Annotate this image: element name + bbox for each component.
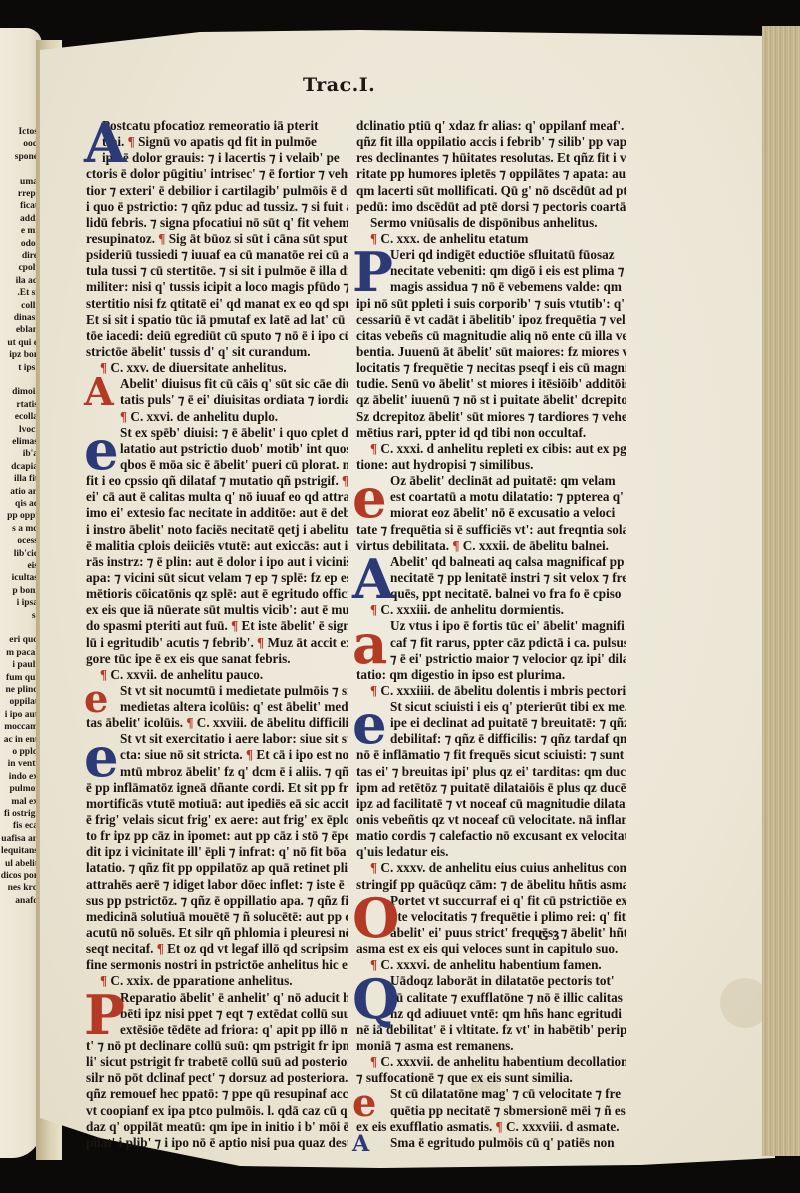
chapter-heading: ¶ C. xxvi. de anhelitu duplo. bbox=[86, 409, 348, 425]
left-page-text-fragment: odo. bbox=[0, 238, 38, 250]
chapter-heading: ¶ C. xxxiiii. de ābelitu dolentis i mbri… bbox=[356, 683, 626, 699]
decorated-initial-e: e bbox=[84, 681, 108, 719]
left-page-text-fragment: ib'a bbox=[0, 448, 38, 460]
left-page-text-fragment: i ipo aut bbox=[0, 709, 38, 721]
chapter-heading: ¶ C. xxxiii. de anhelitu dormientis. bbox=[356, 602, 626, 618]
text-line: nō ē inflāmatio ⁊ fit frequēs sicut sciu… bbox=[356, 747, 626, 763]
text-line: fine sermonis nostri in pstrictōe anheli… bbox=[86, 957, 348, 973]
chapter-heading: ¶ C. xxxv. de anhelitu eius cuius anheli… bbox=[356, 860, 626, 876]
left-page-text-fragment: in venti bbox=[0, 758, 38, 770]
left-page-text-fragment: p boni bbox=[0, 585, 38, 597]
text-line: St cū dilatatōne mag' ⁊ cū velocitate ⁊ … bbox=[356, 1086, 626, 1102]
left-page-text-fragment: dicos por bbox=[0, 870, 38, 882]
text-line: ipi nō sūt ppleti i suis corporib' ⁊ sui… bbox=[356, 296, 626, 312]
text-line: ritate pp humores ipletēs ⁊ oppilātes ⁊ … bbox=[356, 166, 626, 182]
left-page-text-fragment: lvoci bbox=[0, 424, 38, 436]
text-line: vt coopianf ex ipa ptco pulmōis. l. qdā … bbox=[86, 1103, 348, 1119]
text-line: ipm ad retētōz ⁊ puitatē dilataiōis ē pl… bbox=[356, 780, 626, 796]
text-line: qz ābelit' iuuenū ⁊ nō st i puitate ābel… bbox=[356, 392, 626, 408]
text-line: gore tūc ipe ē ex eis que sanat febris. bbox=[86, 651, 348, 667]
left-page-text-fragment: ac in ent bbox=[0, 734, 38, 746]
left-page-text-fragment: ficat bbox=[0, 200, 38, 212]
text-line: pedū: imo dscēdūt ad ptē dorsi ⁊ pectori… bbox=[356, 199, 626, 215]
text-line: lidū febris. ⁊ signa pfocatiui nō sūt q'… bbox=[86, 215, 348, 231]
text-line: strictōe ābelit' tussis d' q' sit curand… bbox=[86, 344, 348, 360]
text-line: dit ipz i vicinitate ill' ēpli ⁊ infrat:… bbox=[86, 844, 348, 860]
text-line: St ex spēb' diuisi: ⁊ ē ābelit' i quo cp… bbox=[86, 425, 348, 441]
text-line: tas ei' ⁊ breuitas ipi' plus qz ei' tard… bbox=[356, 764, 626, 780]
left-page-text-fragment: spone bbox=[0, 151, 38, 163]
left-page-text-fragment: s. bbox=[0, 610, 38, 622]
text-line: tate ⁊ frequētia si ē sufficiēs vt': aut… bbox=[356, 522, 626, 538]
left-page-text-fragment: icultas bbox=[0, 572, 38, 584]
text-line: Sma ē egritudo pulmōis cū q' patiēs non bbox=[356, 1135, 626, 1151]
left-page-text-fragment: addi bbox=[0, 213, 38, 225]
text-line: militer: nisi q' tussis icipit a loco ma… bbox=[86, 279, 348, 295]
left-page-text-fragment: e mi bbox=[0, 225, 38, 237]
decorated-initial-e: e bbox=[84, 423, 119, 477]
text-line: cta: siue nō sit stricta. ¶ Et cā i ipo … bbox=[86, 747, 348, 763]
left-page-text-fragment: dcapia bbox=[0, 461, 38, 473]
left-page-text-fragment: mal ex bbox=[0, 796, 38, 808]
left-page-text-fragment: ne plino bbox=[0, 684, 38, 696]
text-line: silr nō pōt dclinaf pect' ⁊ dorsuz ad po… bbox=[86, 1070, 348, 1086]
decorated-initial-o: O bbox=[352, 891, 399, 945]
text-line: q'uis ledatur eis. bbox=[356, 844, 626, 860]
text-line: Ueri qd indigēt eductiōe sfluitatū fūosa… bbox=[356, 247, 626, 263]
left-page-text-fragment: uma bbox=[0, 176, 38, 188]
left-page-text-fragment: ila ad bbox=[0, 275, 38, 287]
text-line: citas vebeñs cū magnitudie aliq nō ente … bbox=[356, 328, 626, 344]
decorated-initial-e: e bbox=[352, 471, 387, 525]
text-line: tior ⁊ exteri' ē debilior i cartilagib' … bbox=[86, 183, 348, 199]
text-line: necitate vebeniti: qm digō i eis est pli… bbox=[356, 263, 626, 279]
text-line: mtū mbroz ābelit' fz q' dcm ē i aliis. ⁊… bbox=[86, 764, 348, 780]
text-line: caf ⁊ fit rarus, ppter cāz pdictā i ca. … bbox=[356, 635, 626, 651]
chapter-heading: ¶ C. xxvii. de anhelitu pauco. bbox=[86, 667, 348, 683]
rubric-pilcrow-icon: ¶ bbox=[128, 134, 135, 149]
text-line: mētioris cōicatōnis qz splē: aut ē egrit… bbox=[86, 586, 348, 602]
page-fore-edge bbox=[762, 26, 800, 1156]
text-line: Abelit' qd balneati aq calsa magnificaf … bbox=[356, 554, 626, 570]
text-line: quēs, ppt necitatē. balnei vo fra fo ē c… bbox=[356, 586, 626, 602]
left-page-text-fragment: fis eca bbox=[0, 820, 38, 832]
left-page-text-fragment: pulmoi bbox=[0, 783, 38, 795]
left-page-text-fragment: ut qui e bbox=[0, 337, 38, 349]
left-page-text-fragment: eis bbox=[0, 560, 38, 572]
text-line: to fr ipz pp cāz in ipomet: aut pp cāz i… bbox=[86, 828, 348, 844]
rubric-pilcrow-icon: ¶ bbox=[342, 473, 348, 488]
text-line: matio cordis ⁊ calefactio nō excusant ex… bbox=[356, 828, 626, 844]
text-line: qm lacerti sūt mollificati. Qū g' nō dsc… bbox=[356, 183, 626, 199]
text-line: qñz fit illa oppilatio accis i febrib' ⁊… bbox=[356, 134, 626, 150]
text-line: debilitaf: ⁊ qñz ē difficilis: ⁊ qñz tar… bbox=[356, 731, 626, 747]
chapter-heading: ¶ C. xxxvii. de anhelitu habentium decol… bbox=[356, 1054, 626, 1070]
text-line: apa: ⁊ vicini sūt sicut velam ⁊ ep ⁊ spl… bbox=[86, 570, 348, 586]
text-line: i quo ē pstrictio: ⁊ qñz pduc ad tussiz.… bbox=[86, 199, 348, 215]
left-page-text-fragment: m pacal bbox=[0, 647, 38, 659]
left-page-text-fragment: elimas bbox=[0, 436, 38, 448]
text-line: psideriū tussiedi ⁊ iuuaf ea cū manatōe … bbox=[86, 247, 348, 263]
left-page-text-fragment: ecolla bbox=[0, 411, 38, 423]
left-page-text-fragment: ood bbox=[0, 138, 38, 150]
text-line: magis assidua ⁊ nō ē vebemens valde: qm bbox=[356, 279, 626, 295]
text-line: ⁊ ē ei' pstrictio maior ⁊ velocior qz ip… bbox=[356, 651, 626, 667]
text-line: tatio: qm digestio in ipso est plurima. bbox=[356, 667, 626, 683]
text-line: ⁊ suffocationē ⁊ que ex eis sunt similia… bbox=[356, 1070, 626, 1086]
rubric-pilcrow-icon: ¶ bbox=[186, 715, 193, 730]
text-line: necitatē ⁊ pp lenitatē instri ⁊ sit velo… bbox=[356, 570, 626, 586]
running-head: Trac.I. bbox=[303, 74, 375, 96]
decorated-initial-p: P bbox=[84, 988, 125, 1042]
text-line: ipe ei declinat ad puitatē ⁊ breuitatē: … bbox=[356, 715, 626, 731]
text-line: ex eis que iā nūerate sūt multis vicib':… bbox=[86, 602, 348, 618]
text-line: res declinantes ⁊ hūitates resolutas. Et… bbox=[356, 150, 626, 166]
text-line: ipz ad facilitatē ⁊ vt noceaf cū magnitu… bbox=[356, 796, 626, 812]
text-line: miorat eoz ābelit' nō ē excusatio a velo… bbox=[356, 505, 626, 521]
text-line: Abelit' diuisus fit cū cāis q' sūt sic c… bbox=[86, 376, 348, 392]
left-page-text-fragment: o pplq bbox=[0, 746, 38, 758]
left-page-text-fragment: qis ac bbox=[0, 498, 38, 510]
left-page-text-fragment: rrep. bbox=[0, 188, 38, 200]
text-line: t' ⁊ nō pt declinare collū suū: qm pstri… bbox=[86, 1038, 348, 1054]
text-line: tatis puls' ⁊ ē ei' diuisitas ordiata ⁊ … bbox=[86, 392, 348, 408]
text-line: bēti ipz nisi ppet ⁊ eqt ⁊ extēdat collū… bbox=[86, 1006, 348, 1022]
text-line: tione: aut hydropisi ⁊ similibus. bbox=[356, 457, 626, 473]
text-line: Sz dcrepitoz ābelit' sūt miores ⁊ tardio… bbox=[356, 409, 626, 425]
chapter-heading: ¶ C. xxv. de diuersitate anhelitus. bbox=[86, 360, 348, 376]
text-line: resupinatoz. ¶ Sig āt būoz si sūt i cāna… bbox=[86, 231, 348, 247]
left-page-text-fragment: nes krd bbox=[0, 882, 38, 894]
text-line: stertitio nisi fz qtitatē ei' qd manat e… bbox=[86, 296, 348, 312]
text-line: Reparatio ābelit' ē anhelit' q' nō aduci… bbox=[86, 990, 348, 1006]
left-page-text-fragment: ocess bbox=[0, 535, 38, 547]
text-line: lū i egritudib' acutis ⁊ febrib'. ¶ Muz … bbox=[86, 635, 348, 651]
left-page-text-fragment: fum qui bbox=[0, 672, 38, 684]
left-page-text-fragment: colli bbox=[0, 300, 38, 312]
text-line: do spasmi pteriti aut fuū. ¶ Et iste ābe… bbox=[86, 618, 348, 634]
decorated-initial-q: Q bbox=[352, 972, 399, 1026]
left-page-text-fragment: s a mo bbox=[0, 523, 38, 535]
left-page-text-fragment: cpoli bbox=[0, 262, 38, 274]
text-line: St sicut sciuisti i eis q' pterierūt tib… bbox=[356, 699, 626, 715]
decorated-initial-e: e bbox=[352, 1085, 376, 1123]
chapter-heading: Sermo vniūsalis de dispōnibus anhelitus. bbox=[356, 215, 626, 231]
decorated-initial-p: P bbox=[352, 245, 393, 299]
left-page-text-fragment: uafisa an bbox=[0, 833, 38, 845]
chapter-heading: ¶ C. xxx. de anhelitu etatum bbox=[356, 231, 626, 247]
left-page-text-fragment: atio an bbox=[0, 486, 38, 498]
left-page-text-fragment: ipz bor bbox=[0, 349, 38, 361]
text-line: dclinatio ptiū q' xdaz fr alias: q' oppi… bbox=[356, 118, 626, 134]
left-page-text-fragment: indo ex bbox=[0, 771, 38, 783]
decorated-initial-a: a bbox=[352, 617, 387, 671]
text-line: mētius rari, ppter id qd tibi non occult… bbox=[356, 425, 626, 441]
text-line: ei' cā aut ē calitas multa q' nō iuuaf e… bbox=[86, 489, 348, 505]
left-page-text-fragment: i ipsa bbox=[0, 597, 38, 609]
text-line: li' sicut pstrigit fr trabetē collū suū … bbox=[86, 1054, 348, 1070]
text-line: ē malitia cplois deiiciēs vtutē: aut exi… bbox=[86, 538, 348, 554]
left-page-text-fragment: dinasi bbox=[0, 312, 38, 324]
left-page-text-fragment: pp oppi bbox=[0, 510, 38, 522]
text-line: locitatis ⁊ frequētie ⁊ necitas pseqf i … bbox=[356, 360, 626, 376]
text-line: ē pp inflāmatōz igneā dñante cordi. Et s… bbox=[86, 780, 348, 796]
left-page-text-fragment: moccam bbox=[0, 721, 38, 733]
text-line: extēsiōe tēdēte ad friora: q' apit pp il… bbox=[86, 1022, 348, 1038]
left-page-text-fragment: Ictos bbox=[0, 126, 38, 138]
text-line: Uz vtus i ipo ē fortis tūc ei' ābelit' m… bbox=[356, 618, 626, 634]
decorated-initial-e: e bbox=[352, 697, 387, 751]
left-page-text-fragment: rtatis bbox=[0, 399, 38, 411]
text-line: onis vebeñtis qz vt noceaf cū velocitate… bbox=[356, 812, 626, 828]
rubric-pilcrow-icon: ¶ bbox=[496, 1119, 503, 1134]
decorated-initial-a: A bbox=[352, 552, 394, 606]
text-line: sus pp pstrictōz. ⁊ qñz ē oppillatio apa… bbox=[86, 893, 348, 909]
text-line: seqt necitaf. ¶ Et oz qd vt legaf illō q… bbox=[86, 941, 348, 957]
left-page-text-fragment: dire bbox=[0, 250, 38, 262]
text-line: ex eis exufflatio asmatis. ¶ C. xxxviii.… bbox=[356, 1119, 626, 1135]
text-line: mortificās vtutē motiuā: aut ipediēs eā … bbox=[86, 796, 348, 812]
left-page-text-fragment: eblan bbox=[0, 324, 38, 336]
chapter-heading: ¶ C. xxxi. d anhelitu repleti ex cibis: … bbox=[356, 441, 626, 457]
text-line: tōe iacedi: deiū egrediūt cū sputo ⁊ nō … bbox=[86, 328, 348, 344]
text-line: fit i eo cpssio qñ dilataf ⁊ mutatio qñ … bbox=[86, 473, 348, 489]
text-line: St vt sit exercitatio i aere labor: siue… bbox=[86, 731, 348, 747]
decorated-initial-a: A bbox=[84, 374, 114, 412]
text-line: rās instrz: ⁊ ē plin: aut ē dolor i ipo … bbox=[86, 554, 348, 570]
rubric-pilcrow-icon: ¶ bbox=[157, 941, 164, 956]
text-line: moniā ⁊ asma est remanens. bbox=[356, 1038, 626, 1054]
chapter-heading: ¶ C. xxix. de pparatione anhelitus. bbox=[86, 973, 348, 989]
text-line: quētia pp necitatē ⁊ sbmersionē mēi ⁊ ñ … bbox=[356, 1103, 626, 1119]
text-line: latatio aut pstrictio duob' motib' int q… bbox=[86, 441, 348, 457]
text-line: acutū nō soluēs. Et silr qñ phlomia i pl… bbox=[86, 925, 348, 941]
text-line: daz q' oppilāt meatū: qm ipe in initio i… bbox=[86, 1119, 348, 1135]
left-page-text-fragment: illa fit bbox=[0, 473, 38, 485]
text-line: est coartatū a motu dilatatio: ⁊ ppterea… bbox=[356, 489, 626, 505]
decorated-initial-a: A bbox=[84, 116, 126, 170]
text-line: medietas altera icolūis: q' est ābelit' … bbox=[86, 699, 348, 715]
left-page-text-fragment: oppilat bbox=[0, 696, 38, 708]
left-page-text-fragment: t ipsi bbox=[0, 362, 38, 374]
text-line: tudie. Senū vo ābelit' st miores i itēsi… bbox=[356, 376, 626, 392]
text-line: ē frig' velais sicut frig' ex aere: aut … bbox=[86, 812, 348, 828]
text-column-left: Postcatu pfocatioz remeoratio iā pteritt… bbox=[86, 118, 348, 1151]
text-line: medicinā solutiuā mouētē ⁊ ñ solucētē: a… bbox=[86, 909, 348, 925]
text-line: tula tussi ⁊ cū stertitōe. ⁊ si sit i pu… bbox=[86, 263, 348, 279]
text-line: Et si sit i spatio tūc iā pmutaf ex latē… bbox=[86, 312, 348, 328]
left-page-text-fragment: anafo bbox=[0, 895, 38, 907]
text-line: virtus debilitata. ¶ C. xxxii. de ābelit… bbox=[356, 538, 626, 554]
left-page-text-fragment: dimoii bbox=[0, 386, 38, 398]
text-line: imo ei' extesio fac necitate in additōe:… bbox=[86, 505, 348, 521]
text-line: tas ābelit' icolūis. ¶ C. xxviii. de ābe… bbox=[86, 715, 348, 731]
decorated-initial-e: e bbox=[84, 730, 119, 784]
text-line: i instro ābelit' noto faciēs necitatē qe… bbox=[86, 522, 348, 538]
left-page-text-fragment: lib'cic bbox=[0, 548, 38, 560]
text-line: qbos ē mōa sic ē ābelit' pueri cū plorat… bbox=[86, 457, 348, 473]
left-page-text-fragment: lequitans bbox=[0, 845, 38, 857]
left-page-text-fragment: fi ostrigi bbox=[0, 808, 38, 820]
left-page-text-fragment: ul abelit bbox=[0, 858, 38, 870]
text-line: qñz remouef hec ppatō: ⁊ ppe qū resupina… bbox=[86, 1086, 348, 1102]
text-line: St vt sit nocumtū i medietate pulmōis ⁊ … bbox=[86, 683, 348, 699]
text-line: Oz ābelit' declināt ad puitatē: qm velam bbox=[356, 473, 626, 489]
text-line: attrahēs aerē ⁊ idiget labor dōec inflet… bbox=[86, 877, 348, 893]
left-page-text-fragment: i pauli bbox=[0, 659, 38, 671]
decorated-initial-a: A bbox=[352, 1133, 369, 1155]
text-line: cessariū ē vt cadāt i ābelitib' ipoz fre… bbox=[356, 312, 626, 328]
left-page-text-fragment: eri quo bbox=[0, 634, 38, 646]
text-line: bentia. Juuenū āt ābelit' sūt maiores: f… bbox=[356, 344, 626, 360]
left-page-text-fragment: .Et si bbox=[0, 287, 38, 299]
text-line: pilat' i plib' ⁊ i ipo nō ē aptio nisi p… bbox=[86, 1135, 348, 1151]
text-line: latatio. ⁊ qñz fit pp oppilatōz ap quā r… bbox=[86, 860, 348, 876]
signature-mark: G 3 bbox=[538, 929, 559, 945]
